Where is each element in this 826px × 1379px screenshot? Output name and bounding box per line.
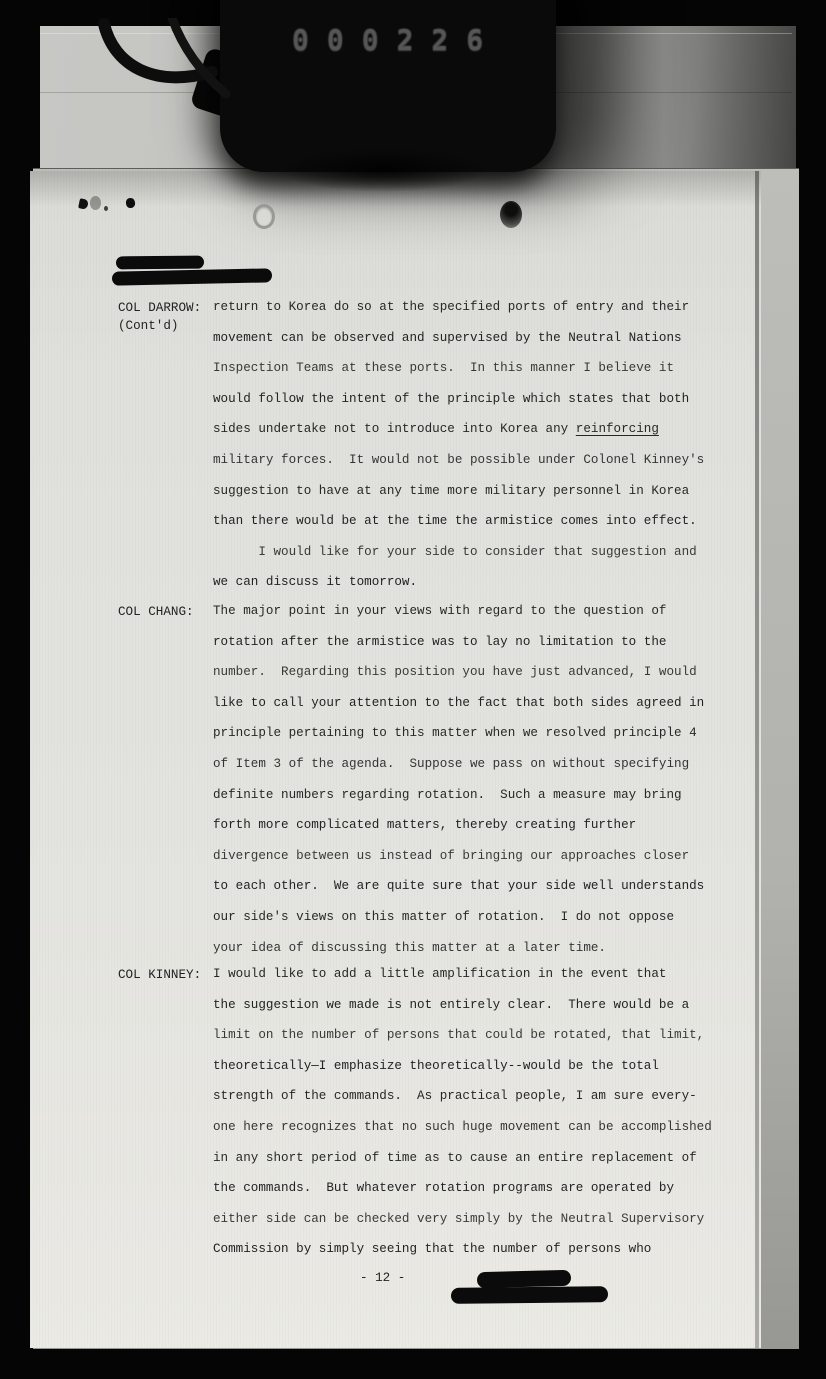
speaker-label: COL KINNEY: (118, 967, 201, 983)
dialogue-line: we can discuss it tomorrow. (213, 567, 733, 598)
redaction-bar-top-1 (116, 256, 204, 270)
dialogue-line: rotation after the armistice was to lay … (213, 627, 733, 658)
ink-mark (104, 206, 108, 211)
page-number: - 12 - (360, 1268, 405, 1288)
film-frame: 000226 COL DARROW: (Cont'd) return to Ko… (0, 0, 826, 1379)
dialogue-line: suggestion to have at any time more mili… (213, 476, 733, 507)
dialogue-line: to each other. We are quite sure that yo… (213, 871, 733, 902)
dialogue-line: in any short period of time as to cause … (213, 1143, 733, 1174)
dialogue-line: I would like to add a little amplificati… (213, 959, 733, 990)
dialogue-line: I would like for your side to consider t… (213, 537, 733, 568)
dialogue-line: one here recognizes that no such huge mo… (213, 1112, 733, 1143)
dialogue-line: definite numbers regarding rotation. Suc… (213, 780, 733, 811)
dialogue-line: than there would be at the time the armi… (213, 506, 733, 537)
speaker-label: COL CHANG: (118, 604, 194, 620)
punch-hole-right (500, 201, 522, 228)
dialogue-line: the suggestion we made is not entirely c… (213, 990, 733, 1021)
dialogue-block: COL KINNEY: I would like to add a little… (213, 959, 733, 1265)
dialogue-line: forth more complicated matters, thereby … (213, 810, 733, 841)
dialogue-line: like to call your attention to the fact … (213, 688, 733, 719)
redaction-bar-bottom-2 (451, 1286, 608, 1304)
dialogue-line: sides undertake not to introduce into Ko… (213, 414, 733, 445)
ink-mark (90, 196, 101, 210)
dialogue-line: theoretically—I emphasize theoretically-… (213, 1051, 733, 1082)
dialogue-line: number. Regarding this position you have… (213, 657, 733, 688)
dialogue-line: of Item 3 of the agenda. Suppose we pass… (213, 749, 733, 780)
dialogue-line: principle pertaining to this matter when… (213, 718, 733, 749)
dialogue-block: COL DARROW: (Cont'd) return to Korea do … (213, 292, 733, 598)
device-shadow (278, 148, 488, 192)
dialogue-line: Inspection Teams at these ports. In this… (213, 353, 733, 384)
frame-counter: 000226 (292, 24, 501, 57)
dialogue-line: movement can be observed and supervised … (213, 323, 733, 354)
dialogue-line: military forces. It would not be possibl… (213, 445, 733, 476)
counter-device: 000226 (220, 0, 556, 172)
dialogue-line: return to Korea do so at the specified p… (213, 292, 733, 323)
dialogue-lines: I would like to add a little amplificati… (213, 959, 733, 1265)
device-cables-icon (92, 18, 252, 114)
dialogue-line: would follow the intent of the principle… (213, 384, 733, 415)
dialogue-block: COL CHANG: The major point in your views… (213, 596, 733, 963)
dialogue-lines: The major point in your views with regar… (213, 596, 733, 963)
redaction-bar-bottom-1 (477, 1270, 571, 1288)
dialogue-line: our side's views on this matter of rotat… (213, 902, 733, 933)
dialogue-line: The major point in your views with regar… (213, 596, 733, 627)
dialogue-line: either side can be checked very simply b… (213, 1204, 733, 1235)
dialogue-line: limit on the number of persons that coul… (213, 1020, 733, 1051)
dialogue-line: Commission by simply seeing that the num… (213, 1234, 733, 1265)
punch-hole-left (253, 204, 275, 229)
speaker-note: (Cont'd) (118, 318, 178, 334)
dialogue-line: strength of the commands. As practical p… (213, 1081, 733, 1112)
dialogue-line: divergence between us instead of bringin… (213, 841, 733, 872)
speaker-label: COL DARROW: (118, 300, 201, 316)
dialogue-line: the commands. But whatever rotation prog… (213, 1173, 733, 1204)
dialogue-lines: return to Korea do so at the specified p… (213, 292, 733, 598)
